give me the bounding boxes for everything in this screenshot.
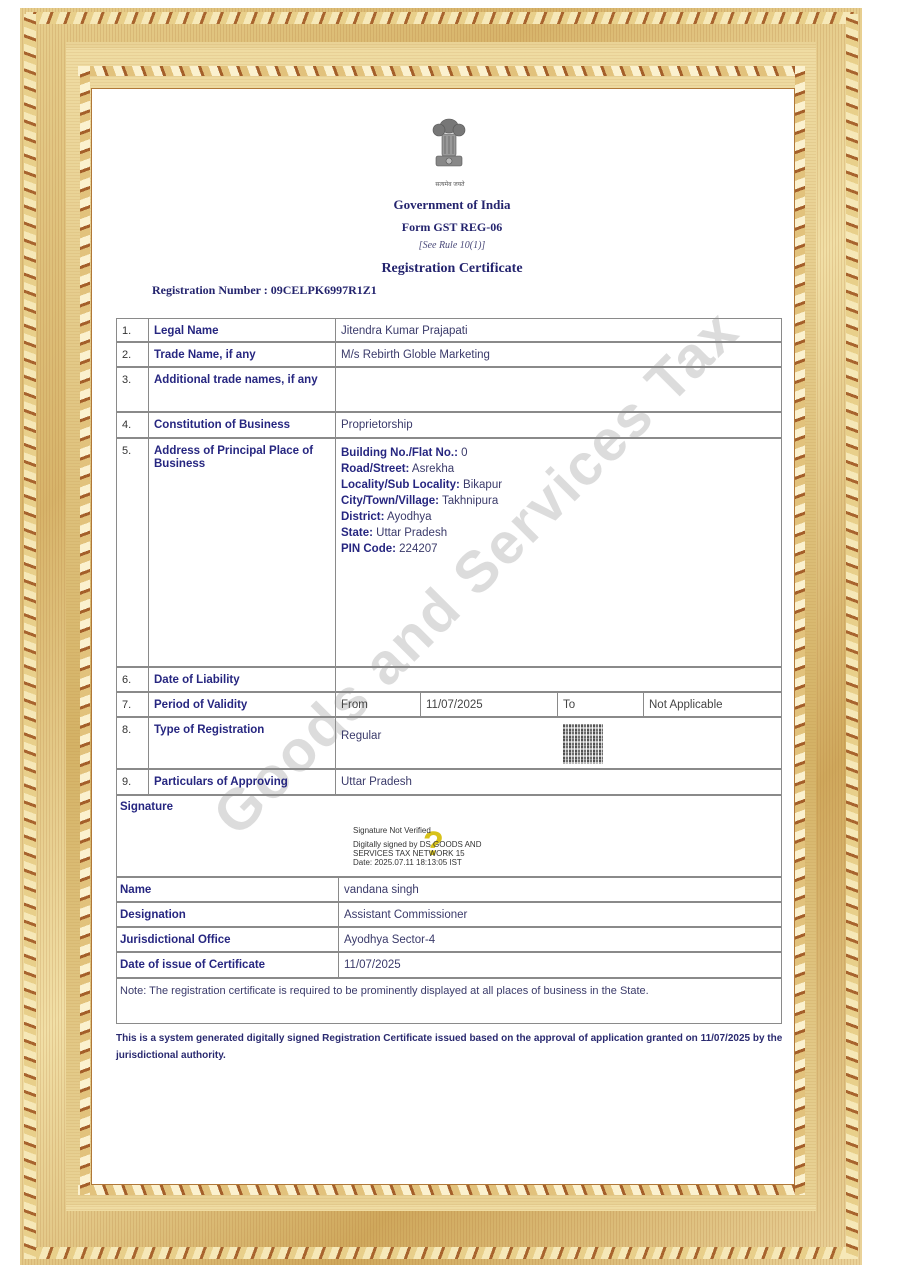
table-row: 3. Additional trade names, if any [116,367,782,412]
row-number: 6. [117,668,149,691]
table-row: 1. Legal Name Jitendra Kumar Prajapati [116,318,782,342]
row-label: Additional trade names, if any [149,368,336,411]
row-label: Particulars of Approving [149,770,336,794]
table-row: Jurisdictional Office Ayodhya Sector-4 [116,927,782,952]
address-line: District: Ayodhya [341,509,776,525]
address-line: PIN Code: 224207 [341,541,776,557]
approving-authority-value: Uttar Pradesh [336,770,781,794]
display-note: Note: The registration certificate is re… [117,979,781,1023]
frame-inner-rope-top [78,66,804,76]
issue-date-value: 11/07/2025 [339,953,781,977]
rule-reference: [See Rule 10(1)] [0,240,904,251]
officer-name-value: vandana singh [339,878,781,901]
row-number: 9. [117,770,149,794]
address-line: Road/Street: Asrekha [341,461,776,477]
signed-by-line-2: SERVICES TAX NETWORK 15 [353,849,482,858]
address-line: City/Town/Village: Takhnipura [341,493,776,509]
validity-from-date: 11/07/2025 [421,693,558,716]
additional-trade-names-value [336,368,781,411]
row-label: Jurisdictional Office [117,928,339,951]
frame-inner-rope-right [795,66,805,1195]
address-value: Building No./Flat No.: 0 Road/Street: As… [336,439,781,666]
validity-to-label: To [558,693,644,716]
certificate-title: Registration Certificate [0,261,904,277]
address-line: Building No./Flat No.: 0 [341,445,776,461]
validity-from-label: From [336,693,421,716]
row-label: Name [117,878,339,901]
national-emblem-icon [427,116,471,178]
signature-status: Signature Not Verified [353,826,482,835]
row-label: Legal Name [149,319,336,341]
table-row: 9. Particulars of Approving Uttar Prades… [116,769,782,795]
registration-number-label: Registration Number : [152,283,271,297]
date-of-liability-value [336,668,781,691]
row-number: 8. [117,718,149,768]
registration-number-value: 09CELPK6997R1Z1 [271,283,377,297]
constitution-value: Proprietorship [336,413,781,437]
row-label: Trade Name, if any [149,343,336,366]
table-row: Date of issue of Certificate 11/07/2025 [116,952,782,978]
row-number: 1. [117,319,149,341]
emblem-caption: सत्यमेव जयते [420,180,480,188]
note-row: Note: The registration certificate is re… [116,978,782,1024]
frame-inner-rope-left [80,66,90,1195]
table-row: Name vandana singh [116,877,782,902]
row-number: 2. [117,343,149,366]
designation-value: Assistant Commissioner [339,903,781,926]
row-label: Date of Liability [149,668,336,691]
address-line: Locality/Sub Locality: Bikapur [341,477,776,493]
digital-signature-block: Signature Not Verified Digitally signed … [353,826,482,867]
row-label: Address of Principal Place of Business [149,439,336,666]
registration-number: Registration Number : 09CELPK6997R1Z1 [152,283,377,298]
table-row: 4. Constitution of Business Proprietorsh… [116,412,782,438]
form-heading: Form GST REG-06 [0,220,904,235]
government-heading: Government of India [0,197,904,213]
address-line: State: Uttar Pradesh [341,525,776,541]
signature-date: Date: 2025.07.11 18:13:05 IST [353,858,482,867]
row-label: Constitution of Business [149,413,336,437]
row-number: 3. [117,368,149,411]
frame-rope-bottom [26,1247,856,1259]
row-label: Type of Registration [149,718,336,768]
row-label: Date of issue of Certificate [117,953,339,977]
row-label: Period of Validity [149,693,336,716]
table-row: 6. Date of Liability [116,667,782,692]
table-row: Designation Assistant Commissioner [116,902,782,927]
row-label: Designation [117,903,339,926]
row-number: 5. [117,439,149,666]
table-row: 5. Address of Principal Place of Busines… [116,438,782,667]
footer-statement: This is a system generated digitally sig… [116,1030,786,1064]
registration-type-value: Regular [336,718,781,768]
signed-by-line-1: Digitally signed by DS GOODS AND [353,840,482,849]
legal-name-value: Jitendra Kumar Prajapati [336,319,781,341]
row-number: 7. [117,693,149,716]
frame-rope-top [26,12,856,24]
frame-inner-rope-bottom [78,1185,804,1195]
table-row: 7. Period of Validity From 11/07/2025 To… [116,692,782,717]
trade-name-value: M/s Rebirth Globle Marketing [336,343,781,366]
qr-code-icon [563,724,603,764]
validity-to-date: Not Applicable [644,693,781,716]
jurisdictional-office-value: Ayodhya Sector-4 [339,928,781,951]
signature-label: Signature [117,796,176,876]
table-row: 2. Trade Name, if any M/s Rebirth Globle… [116,342,782,367]
table-row: 8. Type of Registration Regular [116,717,782,769]
row-number: 4. [117,413,149,437]
